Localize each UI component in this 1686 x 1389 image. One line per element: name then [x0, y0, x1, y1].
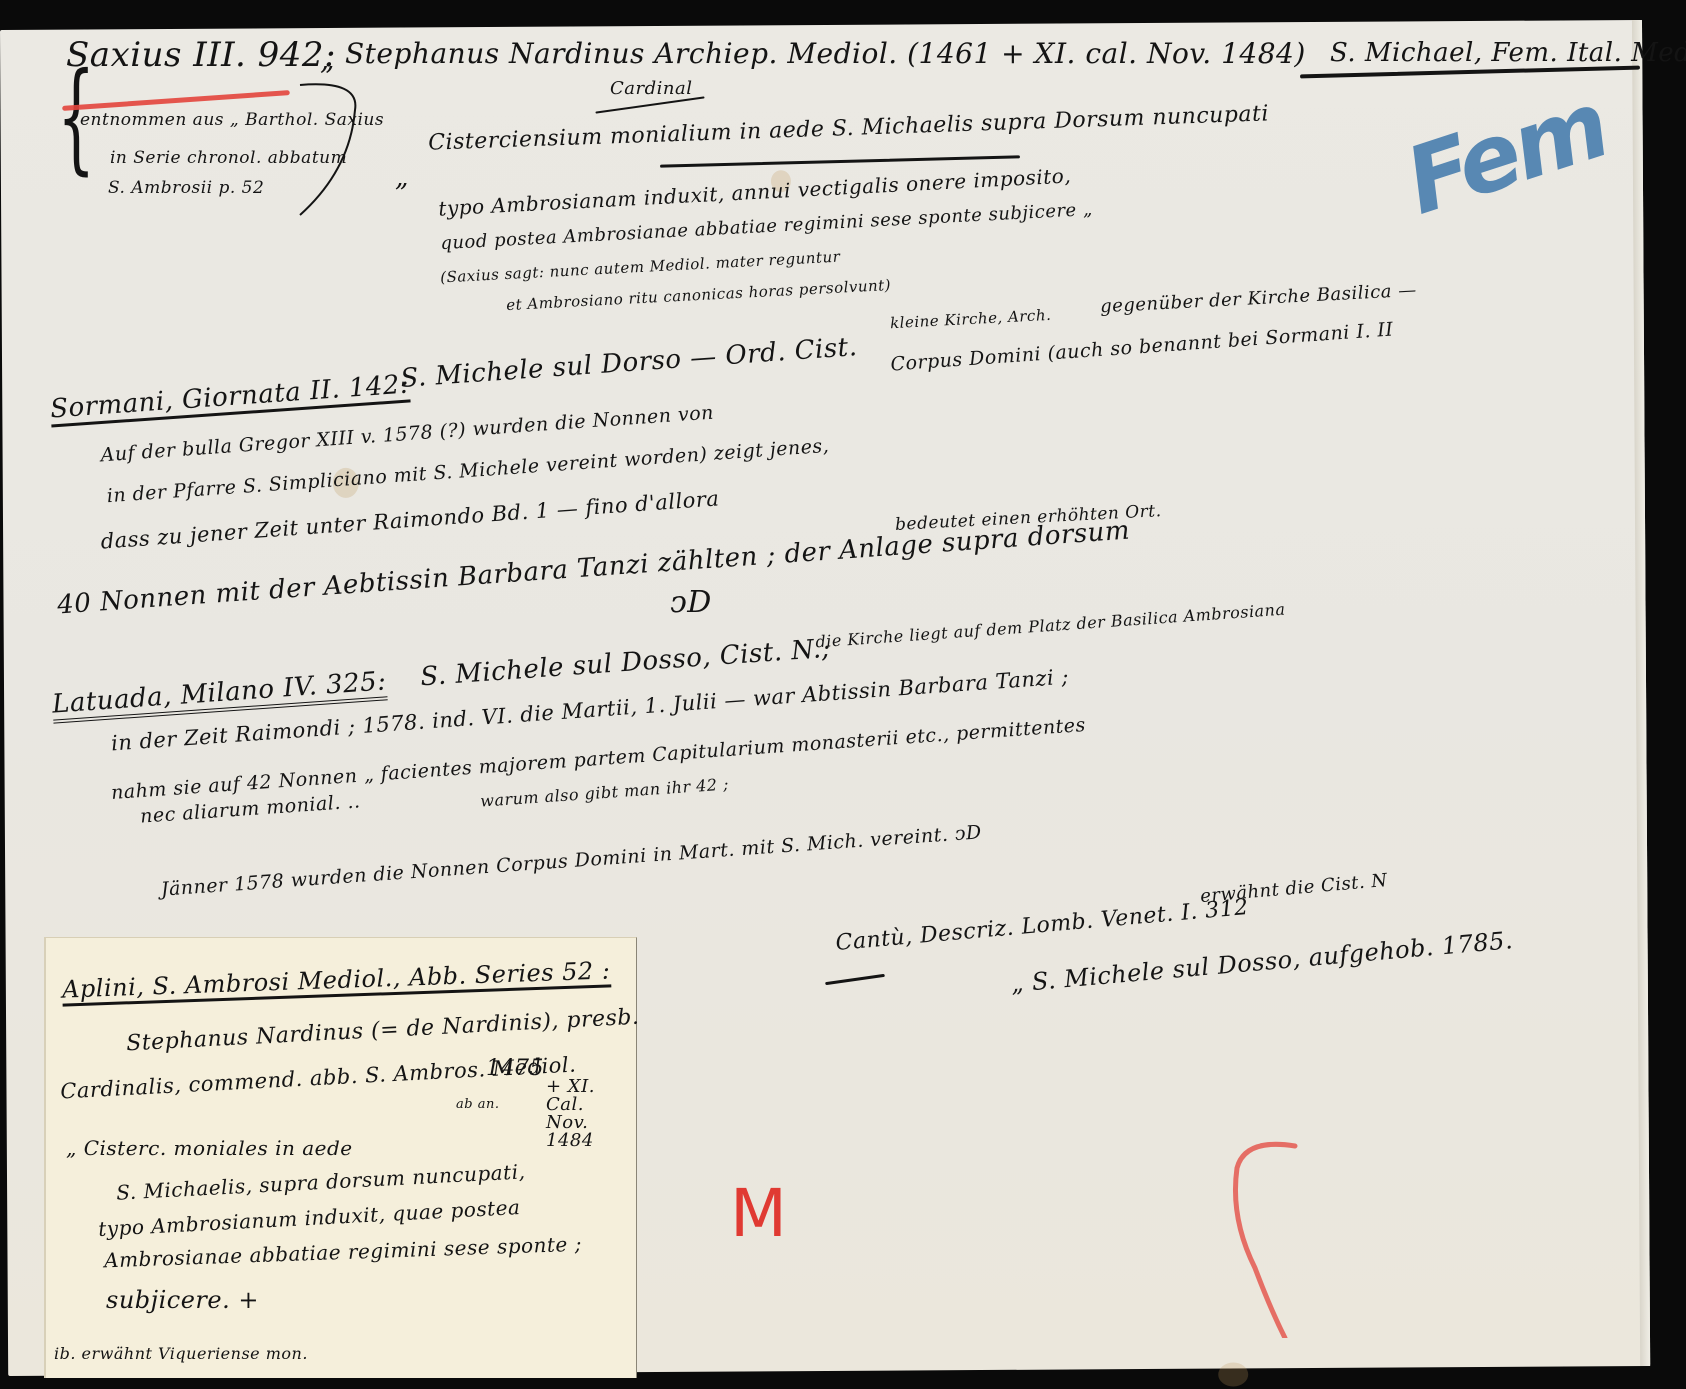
- card-footer: ib. erwähnt Viqueriense mon.: [54, 1346, 308, 1362]
- saxius-ref-text: Saxius III. 942:: [66, 35, 336, 75]
- margin-note-arc: [290, 80, 370, 220]
- sheet-edge: [1632, 20, 1650, 1366]
- card-line6: Ambrosianae abbatiae regimini sese spont…: [104, 1234, 582, 1271]
- card-line7: subjicere. +: [106, 1288, 259, 1312]
- card-line2-death: + XI. Cal. Nov. 1484: [546, 1078, 626, 1150]
- red-pencil-m: M: [730, 1175, 787, 1252]
- margin-note-line3: S. Ambrosii p. 52: [108, 180, 264, 197]
- card-line2-date-note: ab an.: [456, 1098, 499, 1111]
- foxing-stain: [1218, 1362, 1248, 1386]
- card-ref: Aplini, S. Ambrosi Mediol., Abb. Series …: [62, 958, 611, 1006]
- page-title-right: S. Michael, Fem. Ital. Mediol.: [1330, 40, 1686, 66]
- red-pencil-arc: [1215, 1138, 1325, 1338]
- card-line1: Stephanus Nardinus (= de Nardinis), pres…: [126, 1007, 640, 1056]
- card-line5: typo Ambrosianum induxit, quae postea: [98, 1197, 521, 1239]
- card-line2-date: 1475: [486, 1058, 544, 1080]
- quote-mark: „: [395, 165, 409, 191]
- latuada-mark: ↄD: [670, 588, 712, 618]
- card-line4: S. Michaelis, supra dorsum nuncupati,: [116, 1161, 526, 1202]
- pasted-index-card: Aplini, S. Ambrosi Mediol., Abb. Series …: [44, 937, 637, 1378]
- source-ref-saxius: Saxius III. 942:: [66, 38, 336, 72]
- header-subject: Stephanus Nardinus Archiep. Mediol. (146…: [345, 40, 1306, 68]
- header-subject-note: Cardinal: [610, 80, 692, 98]
- quote-open-mark: „: [320, 46, 335, 74]
- card-line3: „ Cisterc. moniales in aede: [66, 1138, 353, 1158]
